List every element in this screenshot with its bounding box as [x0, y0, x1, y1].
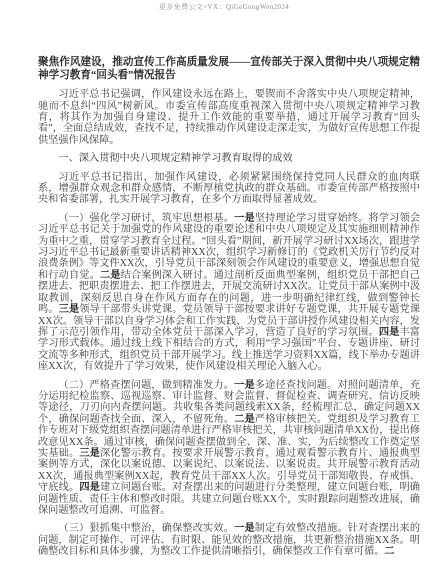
bold-text-run: 二是: [234, 414, 255, 425]
body-paragraph: （一）强化学习研讨，筑牢思想根基。一是坚持理论学习贯穿始终。将学习领会习近平总书…: [38, 213, 420, 373]
bold-text-run: 一是: [234, 380, 255, 391]
text-run: 一、深入贯彻中央八项规定精神学习教育取得的成效: [58, 153, 292, 164]
document-title: 聚焦作风建设，推动宣传工作高质量发展——宣传部关于深入贯彻中央八项规定精神学习教…: [38, 0, 420, 82]
bold-text-run: 一是: [234, 523, 255, 534]
body-paragraph: （三）狠抓集中整治，确保整改实效。一是制定有效整改措施。针对查摆出来的问题，制定…: [38, 523, 420, 557]
text-run: （三）狠抓集中整治，确保整改实效。: [58, 523, 234, 534]
document-page: 更多免费公文+VX：QiGeGongWen2024 聚焦作风建设，推动宣传工作高…: [0, 0, 448, 580]
bold-text-run: 四是: [79, 482, 100, 493]
text-run: 习近平总书记强调，作风建设永远在路上，要锲而不舍落实中央八项规定精神，驰而不息纠…: [38, 89, 420, 146]
bold-text-run: 一是: [234, 213, 255, 224]
text-run: 习近平总书记指出，加强作风建设，必须紧紧围绕保持党同人民群众的血肉联系，增强群众…: [38, 172, 420, 206]
text-run: （二）严格查摆问题，做到精准发力。: [58, 380, 234, 391]
body-paragraph: 习近平总书记强调，作风建设永远在路上，要锲而不舍落实中央八项规定精神，驰而不息纠…: [38, 89, 420, 146]
text-run: 领导干部带头讲党课。党员领导干部按要求讲好专题党课，共开展专题党课XX次。领导干…: [38, 304, 420, 338]
bold-text-run: 二是: [100, 270, 121, 281]
bold-text-run: 三是: [59, 304, 80, 315]
watermark-header: 更多免费公文+VX：QiGeGongWen2024: [0, 3, 448, 12]
bold-text-run: 三是: [79, 448, 100, 459]
bold-text-run: 二: [384, 546, 394, 557]
section-heading: 一、深入贯彻中央八项规定精神学习教育取得的成效: [38, 153, 420, 164]
text-run: （一）强化学习研讨，筑牢思想根基。: [58, 213, 234, 224]
bold-text-run: 四是: [379, 327, 400, 338]
document-body: 习近平总书记强调，作风建设永远在路上，要锲而不舍落实中央八项规定精神，驰而不息纠…: [38, 89, 420, 557]
body-paragraph: 习近平总书记指出，加强作风建设，必须紧紧围绕保持党同人民群众的血肉联系，增强群众…: [38, 172, 420, 206]
body-paragraph: （二）严格查摆问题，做到精准发力。一是多途径查找问题。对照问题清单，充分运用纪检…: [38, 380, 420, 517]
